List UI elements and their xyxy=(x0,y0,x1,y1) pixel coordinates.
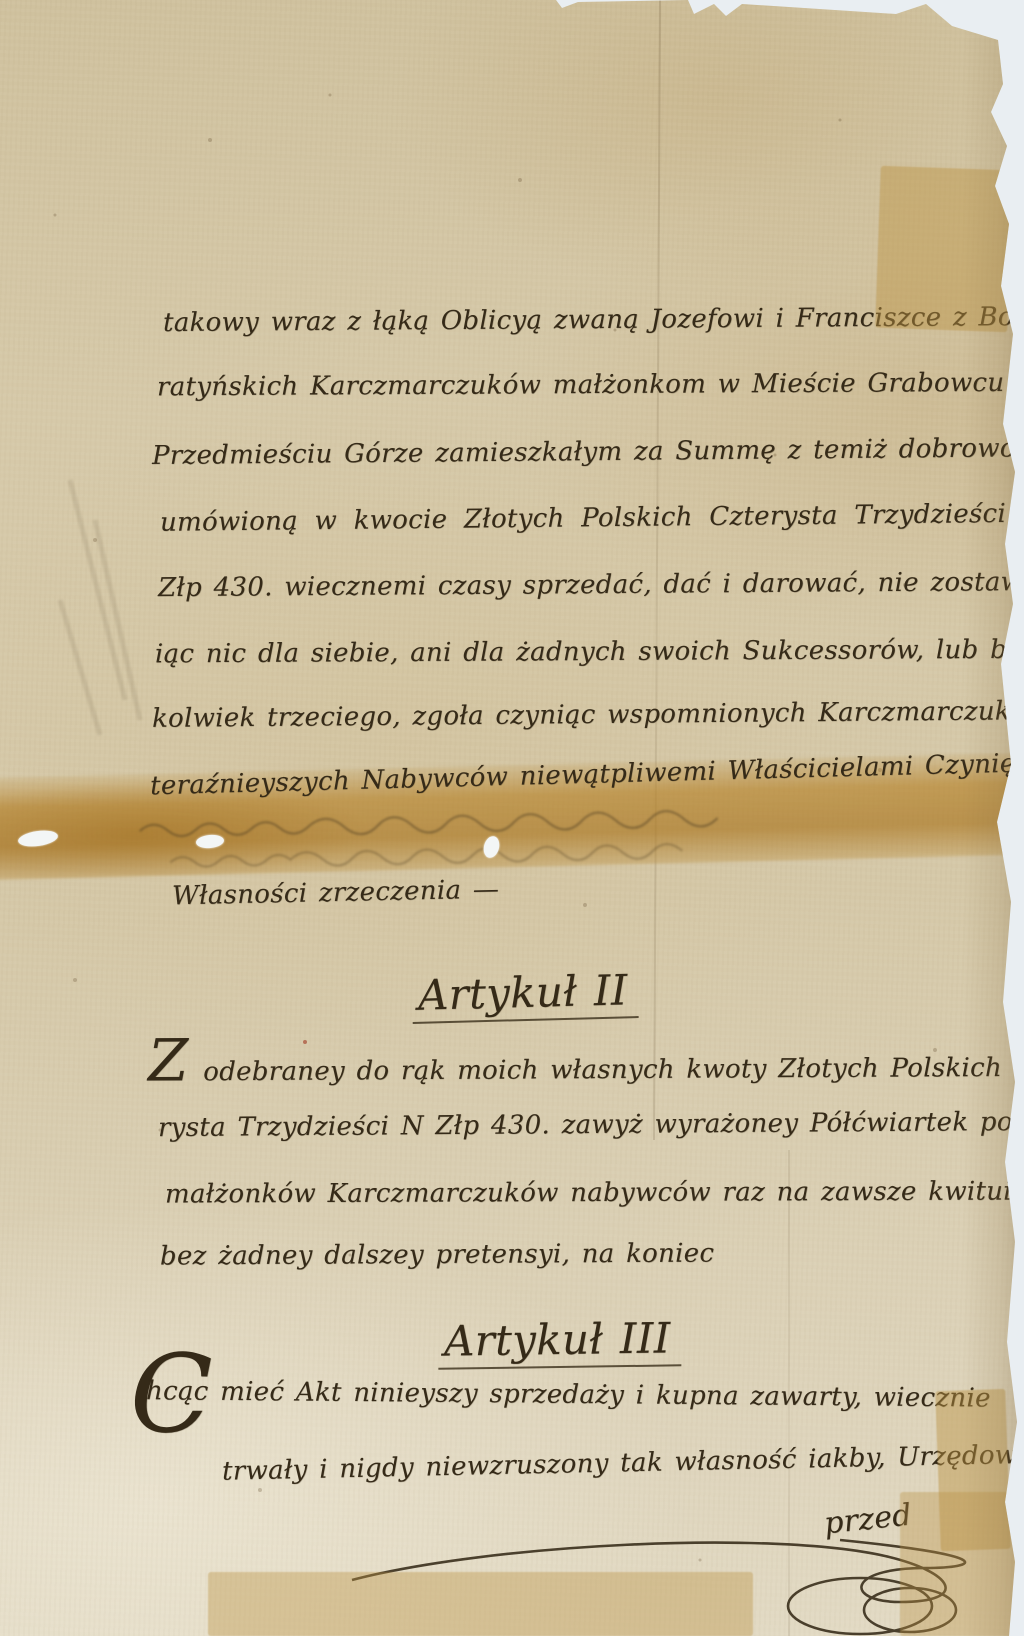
manuscript-line: bez żadney dalszey pretensyi, na koniec xyxy=(160,1239,714,1272)
manuscript-line: rysta Trzydzieści N Złp 430. zawyż wyraż… xyxy=(158,1107,1024,1143)
torn-edge-shadow xyxy=(962,0,1024,1636)
manuscript-paper: takowy wraz z łąką Oblicyą zwaną Jozefow… xyxy=(0,0,1024,1636)
manuscript-line: umówioną w kwocie Złotych Polskich Czter… xyxy=(160,498,1024,538)
manuscript-line: iąc nic dla siebie, ani dla żadnych swoi… xyxy=(155,635,1024,670)
manuscript-line: Chcąc mieć Akt ninieyszy sprzedaży i kup… xyxy=(146,1376,1024,1414)
manuscript-line: kolwiek trzeciego, zgoła czyniąc wspomni… xyxy=(152,696,1024,734)
manuscript-line: trwały i nigdy niewzruszony tak własność… xyxy=(222,1439,1024,1487)
article-iii-heading: Artykuł III xyxy=(438,1313,681,1369)
tape-patch-bottom xyxy=(208,1572,753,1636)
manuscript-line: ratyńskich Karczmarczuków małżonkom w Mi… xyxy=(157,368,1024,403)
manuscript-line: Z odebraney do rąk moich własnych kwoty … xyxy=(148,1043,1024,1088)
manuscript-line: Własności zrzeczenia — xyxy=(172,875,500,912)
manuscript-line: Przedmieściu Górze zamieszkałym za Summę… xyxy=(152,433,1024,471)
manuscript-line: Złp 430. wiecznemi czasy sprzedać, dać i… xyxy=(158,567,1024,603)
manuscript-scan: takowy wraz z łąką Oblicyą zwaną Jozefow… xyxy=(0,0,1024,1636)
article-ii-heading: Artykuł II xyxy=(411,965,638,1024)
manuscript-line: małżonków Karczmarczuków nabywców raz na… xyxy=(165,1176,1024,1209)
